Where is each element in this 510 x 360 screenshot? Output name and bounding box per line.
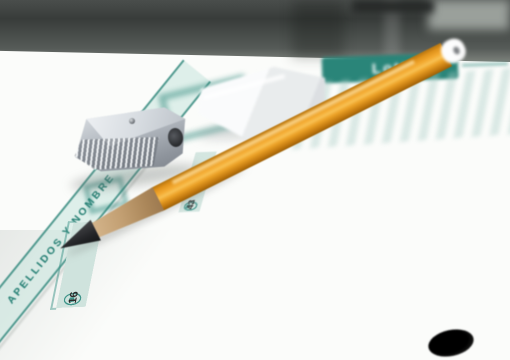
banner-side-line [462,62,508,67]
question-number: 16 [61,287,84,308]
desk-shadow-column [292,0,344,58]
pencil-sharpener [68,98,190,176]
sharpener-ribbed-grip [73,137,161,170]
desk-corner-light-patch [428,0,510,30]
photo-scene: APELLIDOS Y NOMBRE Lott DCBA28DCBA29DCBA… [0,0,510,360]
punch-hole [426,326,476,360]
desk-corner-dark-patch [352,0,434,13]
